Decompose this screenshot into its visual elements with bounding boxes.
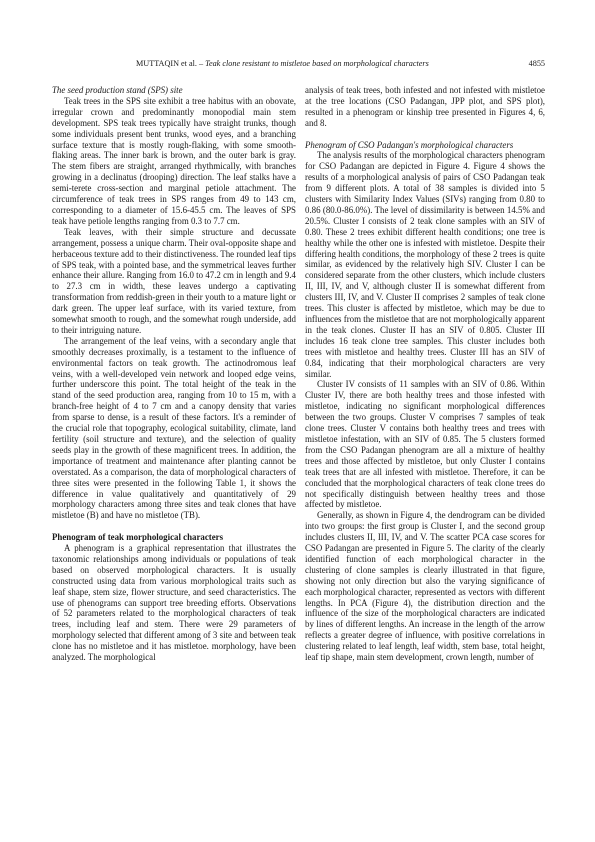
left-column: The seed production stand (SPS) site Tea… <box>52 85 296 663</box>
paragraph: Generally, as shown in Figure 4, the den… <box>305 510 545 663</box>
section-heading-sps-site: The seed production stand (SPS) site <box>52 85 296 96</box>
running-header: MUTTAQIN et al. – Teak clone resistant t… <box>52 58 545 70</box>
header-authors: MUTTAQIN et al. – <box>136 59 205 68</box>
paragraph: The analysis results of the morphologica… <box>305 150 545 379</box>
paragraph: A phenogram is a graphical representatio… <box>52 543 296 663</box>
header-article-title: Teak clone resistant to mistletoe based … <box>205 59 429 68</box>
section-spacer <box>305 129 545 140</box>
paragraph: Teak leaves, with their simple structure… <box>52 227 296 336</box>
paragraph-continuation: analysis of teak trees, both infested an… <box>305 85 545 129</box>
section-heading-phenogram: Phenogram of teak morphological characte… <box>52 532 296 543</box>
paragraph: Cluster IV consists of 11 samples with a… <box>305 379 545 510</box>
paragraph: The arrangement of the leaf veins, with … <box>52 336 296 521</box>
running-title: MUTTAQIN et al. – Teak clone resistant t… <box>136 58 429 70</box>
page-number: 4855 <box>529 58 545 70</box>
paragraph: Teak trees in the SPS site exhibit a tre… <box>52 96 296 227</box>
right-column: analysis of teak trees, both infested an… <box>305 85 545 663</box>
section-spacer <box>52 521 296 532</box>
section-heading-cso-padangan: Phenogram of CSO Padangan's morphologica… <box>305 140 545 151</box>
